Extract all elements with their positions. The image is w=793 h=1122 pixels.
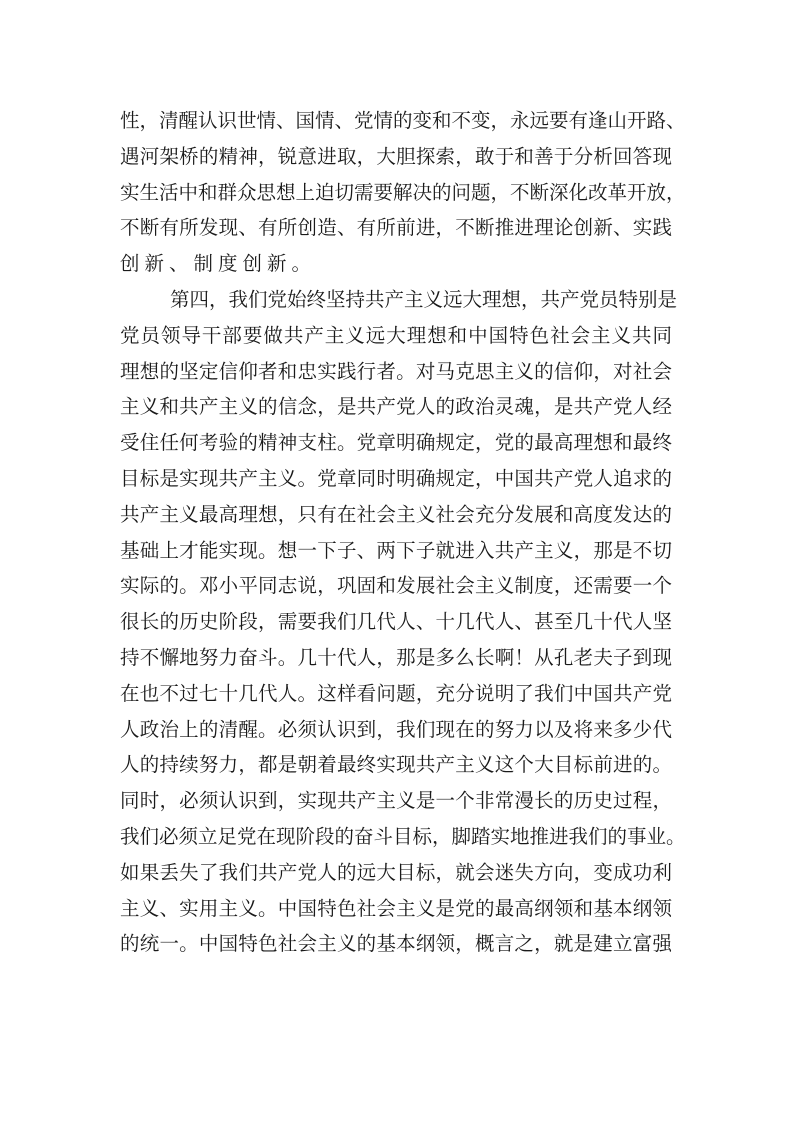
text-line: 遇河架桥的精神，锐意进取，大胆探索，敢于和善于分析回答现 [120,139,672,175]
text-line: 主义和共产主义的信念，是共产党人的政治灵魂，是共产党人经 [120,389,672,425]
text-line: 性，清醒认识世情、国情、党情的变和不变，永远要有逢山开路、 [120,103,672,139]
text-line: 创新、制度创新。 [120,246,672,282]
text-line: 共产主义最高理想，只有在社会主义社会充分发展和高度发达的 [120,497,672,533]
text-line: 实际的。邓小平同志说，巩固和发展社会主义制度，还需要一个 [120,568,672,604]
paragraph-fourth-point: 第四，我们党始终坚持共产主义远大理想，共产党员特别是 党员领导干部要做共产主义远… [120,282,680,998]
text-line: 受住任何考验的精神支柱。党章明确规定，党的最高理想和最终 [120,425,672,461]
text-line: 目标是实现共产主义。党章同时明确规定，中国共产党人追求的 [120,461,672,497]
text-line: 主义、实用主义。中国特色社会主义是党的最高纲领和基本纲领 [120,891,672,927]
text-line: 持不懈地努力奋斗。几十代人，那是多么长啊！从孔老夫子到现 [120,640,672,676]
text-line: 在也不过七十几代人。这样看问题，充分说明了我们中国共产党 [120,676,672,712]
text-line: 我们必须立足党在现阶段的奋斗目标，脚踏实地推进我们的事业。 [120,819,672,855]
text-line: 人的持续努力，都是朝着最终实现共产主义这个大目标前进的。 [120,747,672,783]
text-line: 如果丢失了我们共产党人的远大目标，就会迷失方向，变成功利 [120,855,672,891]
paragraph-continued: 性，清醒认识世情、国情、党情的变和不变，永远要有逢山开路、 遇河架桥的精神，锐意… [120,103,680,282]
text-line: 不断有所发现、有所创造、有所前进，不断推进理论创新、实践 [120,210,672,246]
text-line: 同时，必须认识到，实现共产主义是一个非常漫长的历史过程， [120,783,672,819]
text-line: 实生活中和群众思想上迫切需要解决的问题，不断深化改革开放， [120,175,672,211]
text-line: 基础上才能实现。想一下子、两下子就进入共产主义，那是不切 [120,533,672,569]
body-text: 性，清醒认识世情、国情、党情的变和不变，永远要有逢山开路、 遇河架桥的精神，锐意… [120,103,680,998]
text-line: 理想的坚定信仰者和忠实践行者。对马克思主义的信仰，对社会 [120,354,672,390]
text-line: 人政治上的清醒。必须认识到，我们现在的努力以及将来多少代 [120,712,672,748]
text-line: 党员领导干部要做共产主义远大理想和中国特色社会主义共同 [120,318,672,354]
text-line: 很长的历史阶段，需要我们几代人、十几代人、甚至几十代人坚 [120,604,672,640]
text-line: 的统一。中国特色社会主义的基本纲领，概言之，就是建立富强 [120,926,672,962]
text-line: 第四，我们党始终坚持共产主义远大理想，共产党员特别是 [120,282,672,318]
document-page: 性，清醒认识世情、国情、党情的变和不变，永远要有逢山开路、 遇河架桥的精神，锐意… [0,0,793,1122]
text-line [120,962,672,998]
